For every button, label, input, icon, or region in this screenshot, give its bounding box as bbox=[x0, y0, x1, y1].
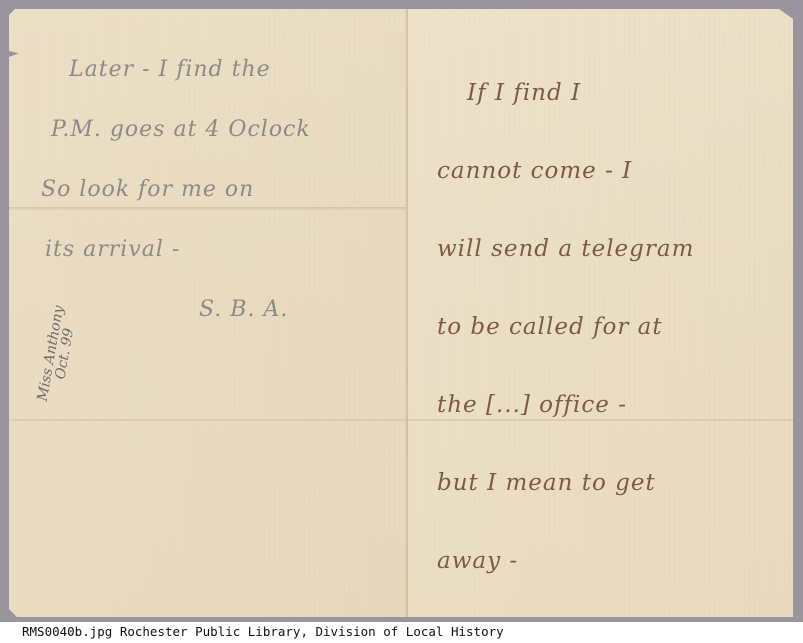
handwritten-line: Later - I find the bbox=[39, 55, 399, 85]
pencil-postscript: Later - I find the P.M. goes at 4 Oclock… bbox=[39, 25, 399, 355]
image-caption-bar: RMS0040b.jpg Rochester Public Library, D… bbox=[0, 622, 803, 643]
handwritten-line: will send a telegram bbox=[437, 230, 787, 269]
handwritten-line: So look for me on bbox=[39, 175, 399, 205]
handwritten-line: the [...] office - bbox=[437, 386, 787, 425]
handwritten-line: but I mean to get bbox=[437, 464, 787, 503]
handwritten-line: its arrival - bbox=[39, 235, 399, 265]
scanned-document-image: Later - I find the P.M. goes at 4 Oclock… bbox=[0, 0, 803, 622]
handwritten-line: to be called for at bbox=[437, 308, 787, 347]
handwritten-line: cannot come - I bbox=[437, 152, 787, 191]
image-caption: RMS0040b.jpg Rochester Public Library, D… bbox=[22, 624, 504, 639]
handwritten-signature: S. B. A. bbox=[39, 295, 399, 325]
ink-letter-body: If I find I cannot come - I will send a … bbox=[437, 35, 787, 620]
handwritten-line: away - bbox=[437, 542, 787, 581]
margin-annotation: Miss Anthony Oct. 99 bbox=[31, 284, 91, 404]
vertical-fold-line bbox=[406, 9, 408, 617]
handwritten-line: If I find I bbox=[437, 74, 787, 113]
handwritten-line: P.M. goes at 4 Oclock bbox=[39, 115, 399, 145]
letter-sheet: Later - I find the P.M. goes at 4 Oclock… bbox=[9, 9, 793, 617]
